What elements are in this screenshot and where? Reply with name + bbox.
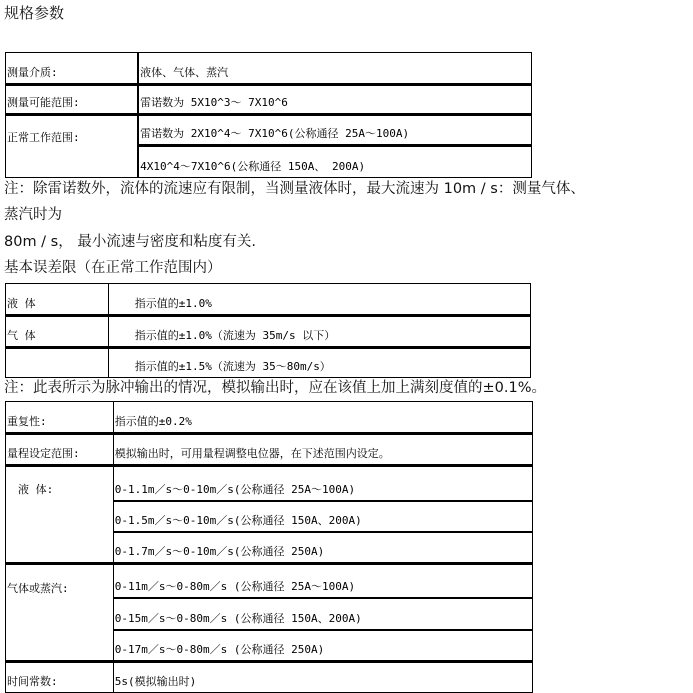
row-label: 重复性:: [6, 413, 113, 432]
row-value: 雷诺数为 5X10^3～ 7X10^6: [139, 94, 531, 113]
table-row: 正常工作范围: 雷诺数为 2X10^4～ 7X10^6(公称通径 25A～100…: [6, 115, 532, 146]
row-label: 气 体: [6, 327, 108, 346]
row-value: 4X10^4～7X10^6(公称通径 150A、 200A): [139, 158, 531, 177]
row-value: 液体、气体、蒸汽: [139, 64, 531, 83]
spec-table-repeatability: 重复性: 指示值的±0.2% 量程设定范围: 模拟输出时，可用量程调整电位器，在…: [5, 401, 533, 693]
table-row: 气体或蒸汽: 0-11m／s～0-80m／s (公称通径 25A～100A): [6, 564, 533, 598]
row-value: 指示值的±1.5%（流速为 35～80m/s）: [109, 358, 530, 377]
row-label: 时间常数:: [6, 673, 113, 692]
note-line: 注：此表所示为脉冲输出的情况，模拟输出时，应在该值上加上满刻度值的±0.1%。: [4, 378, 546, 398]
table-row: 测量可能范围: 雷诺数为 5X10^3～ 7X10^6: [6, 85, 532, 115]
table-row: 量程设定范围: 模拟输出时，可用量程调整电位器，在下述范围内设定。: [6, 434, 533, 466]
table-row: 测量介质: 液体、气体、蒸汽: [6, 53, 532, 85]
table-row: 指示值的±1.5%（流速为 35～80m/s）: [6, 348, 531, 378]
row-value: 0-11m／s～0-80m／s (公称通径 25A～100A): [114, 578, 532, 597]
spec-table-error-limit: 液 体 指示值的±1.0% 气 体 指示值的±1.0%（流速为 35m/s 以下…: [5, 283, 531, 378]
table-row: 液 体 指示值的±1.0%: [6, 284, 531, 316]
note-line: 蒸汽时为: [4, 205, 62, 225]
row-value: 模拟输出时，可用量程调整电位器，在下述范围内设定。: [114, 445, 532, 464]
row-value: 指示值的±0.2%: [114, 413, 532, 432]
table-row: 液 体: 0-1.1m／s～0-10m／s(公称通径 25A～100A): [6, 466, 533, 501]
row-value: 0-1.5m／s～0-10m／s(公称通径 150A、200A): [114, 512, 532, 531]
row-value: 指示值的±1.0%（流速为 35m/s 以下）: [109, 327, 530, 346]
row-label: [6, 374, 108, 377]
row-value: 0-15m／s～0-80m／s (公称通径 150A、200A): [114, 610, 532, 629]
row-value: 雷诺数为 2X10^4～ 7X10^6(公称通径 25A～100A): [139, 125, 531, 144]
table-row: 时间常数: 5s(模拟输出时): [6, 662, 533, 693]
row-value: 0-1.7m／s～0-10m／s(公称通径 250A): [114, 543, 532, 562]
section-heading: 基本误差限（在正常工作范围内）: [4, 258, 222, 278]
row-label: 液 体: [6, 295, 108, 314]
page-title: 规格参数: [4, 3, 64, 23]
note-line: 80m / s， 最小流速与密度和粘度有关.: [4, 232, 256, 252]
table-row: 重复性: 指示值的±0.2%: [6, 402, 533, 434]
row-label: 测量可能范围:: [6, 94, 137, 113]
spec-table-range: 测量介质: 液体、气体、蒸汽 测量可能范围: 雷诺数为 5X10^3～ 7X10…: [5, 52, 532, 178]
row-label: 液 体:: [6, 467, 113, 500]
note-line: 注：除雷诺数外，流体的流速应有限制，当测量液体时，最大流速为 10m / s：测…: [4, 179, 585, 199]
row-value: 0-1.1m／s～0-10m／s(公称通径 25A～100A): [114, 481, 532, 500]
row-label: 量程设定范围:: [6, 445, 113, 464]
row-value: 指示值的±1.0%: [109, 295, 530, 314]
row-label: 气体或蒸汽:: [6, 565, 113, 599]
table-row: 气 体 指示值的±1.0%（流速为 35m/s 以下）: [6, 316, 531, 348]
row-label: 正常工作范围:: [6, 116, 137, 148]
row-value: 0-17m／s～0-80m／s (公称通径 250A): [114, 641, 532, 660]
row-value: 5s(模拟输出时): [114, 673, 532, 692]
row-label: 测量介质:: [6, 64, 137, 83]
